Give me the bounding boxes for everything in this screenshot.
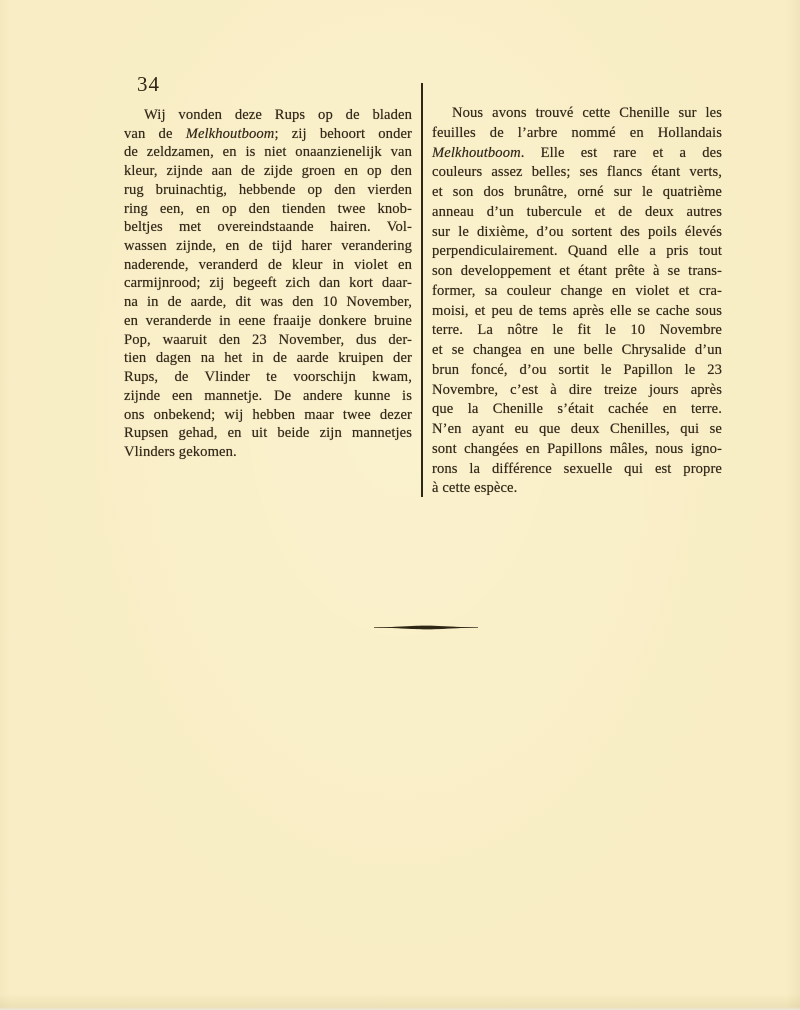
right-column: Nous avons trouvé cette Chenille sur les… [432,104,722,499]
text-line: Vlinders gekomen. [124,443,412,462]
text-line: ons onbekend; wij hebben maar twee dezer [124,406,412,425]
text-line: et se changea en une belle Chrysalide d’… [432,341,722,361]
book-page: 34 Wij vonden deze Rups op de bladenvan … [0,0,800,1010]
text-line: zijnde een mannetje. De andere kunne is [124,387,412,406]
text-line: de zeldzamen, en is niet onaanzienelijk … [124,143,412,162]
text-line: perpendiculairement. Quand elle a pris t… [432,242,722,262]
text-line: que la Chenille s’était cachée en terre. [432,400,722,420]
text-line: anneau d’un tubercule et de deux autres [432,203,722,223]
text-line: beltjes met overeindstaande hairen. Vol- [124,218,412,237]
text-line: Pop, waaruit den 23 November, dus der- [124,331,412,350]
swelled-rule-icon [374,618,478,625]
text-line: wassen zijnde, en de tijd harer verander… [124,237,412,256]
text-line: rug bruinachtig, hebbende op den vierden [124,181,412,200]
text-line: sur le dixième, d’ou sortent des poils é… [432,223,722,243]
text-line: rons la différence sexuelle qui est prop… [432,460,722,480]
text-line: Nous avons trouvé cette Chenille sur les [432,104,722,124]
text-line: son developpement et étant prête à se tr… [432,262,722,282]
text-line: N’en ayant eu que deux Chenilles, qui se [432,420,722,440]
text-line: feuilles de l’arbre nommé en Hollandais [432,124,722,144]
text-line: naderende, veranderd de kleur in violet … [124,256,412,275]
column-divider-rule [421,83,423,497]
text-line: couleurs assez belles; ses flancs étant … [432,163,722,183]
text-line: moisi, et peu de tems après elle se cach… [432,302,722,322]
text-line: Novembre, c’est à dire treize jours aprè… [432,381,722,401]
text-line: Rupsen gehad, en uit beide zijn mannetje… [124,424,412,443]
text-line: sont changées en Papillons mâles, nous i… [432,440,722,460]
left-column: Wij vonden deze Rups op de bladenvan de … [124,106,412,462]
page-number: 34 [137,72,160,97]
text-line: van de Melkhoutboom; zij behoort onder [124,125,412,144]
text-line: Melkhoutboom. Elle est rare et a des [432,144,722,164]
text-line: na in de aarde, dit was den 10 November, [124,293,412,312]
text-line: ring een, en op den tienden twee knob- [124,200,412,219]
text-line: terre. La nôtre le fit le 10 Novembre [432,321,722,341]
text-line: kleur, zijnde aan de zijde groen en op d… [124,162,412,181]
text-line: tien dagen na het in de aarde kruipen de… [124,349,412,368]
text-line: brun foncé, d’ou sortit le Papillon le 2… [432,361,722,381]
text-line: Rups, de Vlinder te voorschijn kwam, [124,368,412,387]
text-line: et son dos brunâtre, orné sur le quatriè… [432,183,722,203]
text-line: Wij vonden deze Rups op de bladen [124,106,412,125]
text-line: former, sa couleur change en violet et c… [432,282,722,302]
text-line: carmijnrood; zij begeeft zich dan kort d… [124,274,412,293]
text-line: à cette espèce. [432,479,722,499]
text-line: en veranderde in eene fraaije donkere br… [124,312,412,331]
